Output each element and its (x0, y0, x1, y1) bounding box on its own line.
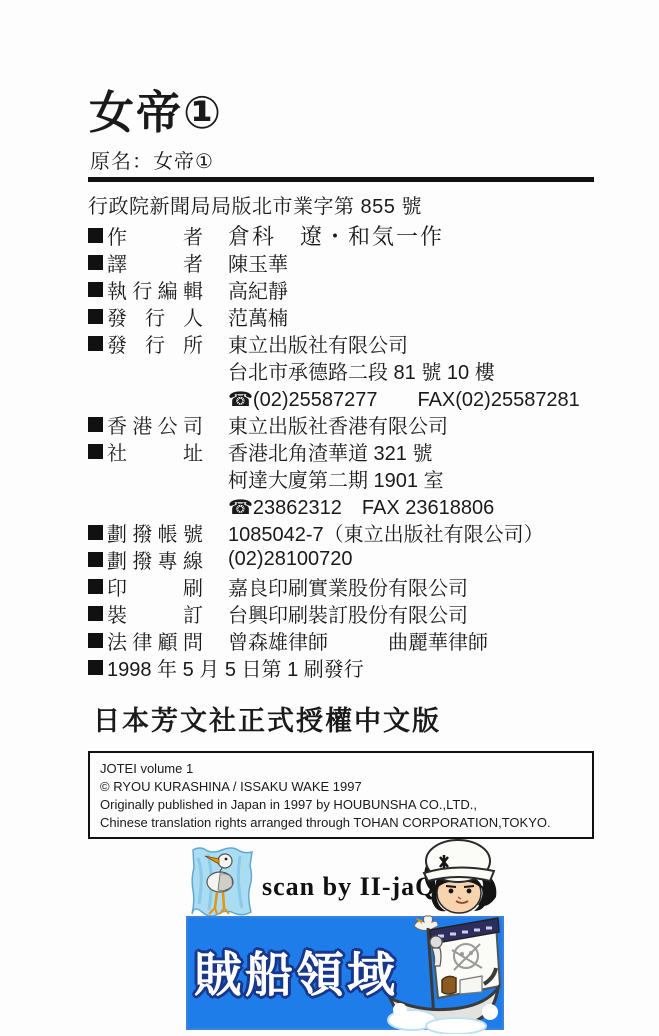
government-license-number: 行政院新聞局局版北市業字第 855 號 (88, 190, 422, 219)
credit-value: 1085042-7（東立出版社有限公司） (228, 518, 544, 547)
credit-row-translator: 譯者 陳玉華 (88, 249, 608, 276)
bullet-square-icon (88, 228, 103, 243)
credit-row-print-date: 1998 年 5 月 5 日第 1 刷發行 (88, 654, 608, 681)
scanner-banner: scan by II-jaQ 賊船領域 (186, 842, 506, 1034)
credit-row-phone: ☎(02)25587277 FAX(02)25587281 (88, 384, 608, 411)
bullet-square-icon (88, 525, 103, 540)
credit-row-postal-account: 劃撥帳號 1085042-7（東立出版社有限公司） (88, 519, 608, 546)
credit-label: 發行人 (107, 302, 203, 331)
credit-value: 倉科 遼・和気一作 (228, 220, 444, 251)
credit-row-legal: 法律顧問 曾森雄律師 曲麗華律師 (88, 627, 608, 654)
copyright-line: JOTEI volume 1 (100, 760, 582, 778)
bullet-square-icon (88, 660, 103, 675)
credit-label: 社址 (107, 437, 203, 466)
credit-value: ☎(02)25587277 FAX(02)25587281 (228, 383, 580, 412)
credit-value: 柯達大廈第二期 1901 室 (228, 464, 444, 493)
chinese-license-statement: 日本芳文社正式授權中文版 (93, 699, 441, 738)
copyright-box: JOTEI volume 1 © RYOU KURASHINA / ISSAKU… (88, 751, 594, 839)
credit-row-address: 台北市承德路二段 81 號 10 樓 (88, 357, 608, 384)
bullet-square-icon (88, 633, 103, 648)
credit-label: 劃撥專線 (107, 545, 203, 574)
credit-row-postal-line: 劃撥專線 (02)28100720 (88, 546, 608, 573)
boy-mascot-icon (412, 835, 506, 929)
credit-value: 陳玉華 (228, 248, 288, 277)
credit-row-binding: 裝訂 台興印刷裝訂股份有限公司 (88, 600, 608, 627)
credit-value: 台北市承德路二段 81 號 10 樓 (228, 356, 495, 385)
seagull-flag-icon (190, 844, 254, 922)
copyright-line: © RYOU KURASHINA / ISSAKU WAKE 1997 (100, 778, 582, 796)
credit-row-hk-address2: 柯達大廈第二期 1901 室 (88, 465, 608, 492)
credit-label: 法律顧問 (107, 626, 203, 655)
credit-value: 台興印刷裝訂股份有限公司 (228, 599, 468, 628)
credit-value: 香港北角渣華道 321 號 (228, 437, 432, 466)
credit-value: 高紀靜 (228, 275, 288, 304)
credit-value: 東立出版社香港有限公司 (228, 410, 448, 439)
credit-label: 執行編輯 (107, 275, 203, 304)
credit-row-hk-address: 社址 香港北角渣華道 321 號 (88, 438, 608, 465)
credit-row-hk-phone: ☎23862312 FAX 23618806 (88, 492, 608, 519)
copyright-line: Originally published in Japan in 1997 by… (100, 796, 582, 814)
bullet-square-icon (88, 255, 103, 270)
credit-label: 譯者 (107, 248, 203, 277)
bullet-square-icon (88, 417, 103, 432)
bullet-square-icon (88, 282, 103, 297)
credit-value: ☎23862312 FAX 23618806 (228, 491, 494, 520)
credit-row-publisher-person: 發行人 范萬楠 (88, 303, 608, 330)
scan-credit-text: scan by II-jaQ (262, 872, 436, 902)
credit-value: 東立出版社有限公司 (228, 329, 408, 358)
divider-rule (88, 177, 594, 182)
colophon-credits: 作者 倉科 遼・和気一作 譯者 陳玉華 執行編輯 高紀靜 發行人 范萬楠 發行所… (88, 222, 608, 681)
copyright-line: Chinese translation rights arranged thro… (100, 814, 582, 832)
credit-value: 嘉良印刷實業股份有限公司 (228, 572, 468, 601)
bullet-square-icon (88, 444, 103, 459)
page-title: 女帝① (89, 90, 223, 135)
original-title: 原名：女帝① (90, 145, 214, 174)
bullet-square-icon (88, 336, 103, 351)
banner-title: 賊船領域 (194, 936, 398, 1005)
credit-row-author: 作者 倉科 遼・和気一作 (88, 222, 608, 249)
credit-row-publisher: 發行所 東立出版社有限公司 (88, 330, 608, 357)
bullet-square-icon (88, 606, 103, 621)
credit-label: 發行所 (107, 329, 203, 358)
bullet-square-icon (88, 309, 103, 324)
credit-row-editor: 執行編輯 高紀靜 (88, 276, 608, 303)
credit-label: 作者 (107, 221, 203, 250)
print-date: 1998 年 5 月 5 日第 1 刷發行 (107, 653, 364, 682)
credit-row-printer: 印刷 嘉良印刷實業股份有限公司 (88, 573, 608, 600)
credit-label: 裝訂 (107, 599, 203, 628)
pirate-ship-icon (382, 914, 504, 1034)
bullet-square-icon (88, 552, 103, 567)
credit-value: (02)28100720 (228, 548, 353, 571)
bullet-square-icon (88, 579, 103, 594)
credit-value: 范萬楠 (228, 302, 288, 331)
credit-label: 印刷 (107, 572, 203, 601)
credit-row-hk-company: 香港公司 東立出版社香港有限公司 (88, 411, 608, 438)
credit-value: 曾森雄律師 曲麗華律師 (228, 626, 488, 655)
credit-label: 香港公司 (107, 410, 203, 439)
credit-label: 劃撥帳號 (107, 518, 203, 547)
